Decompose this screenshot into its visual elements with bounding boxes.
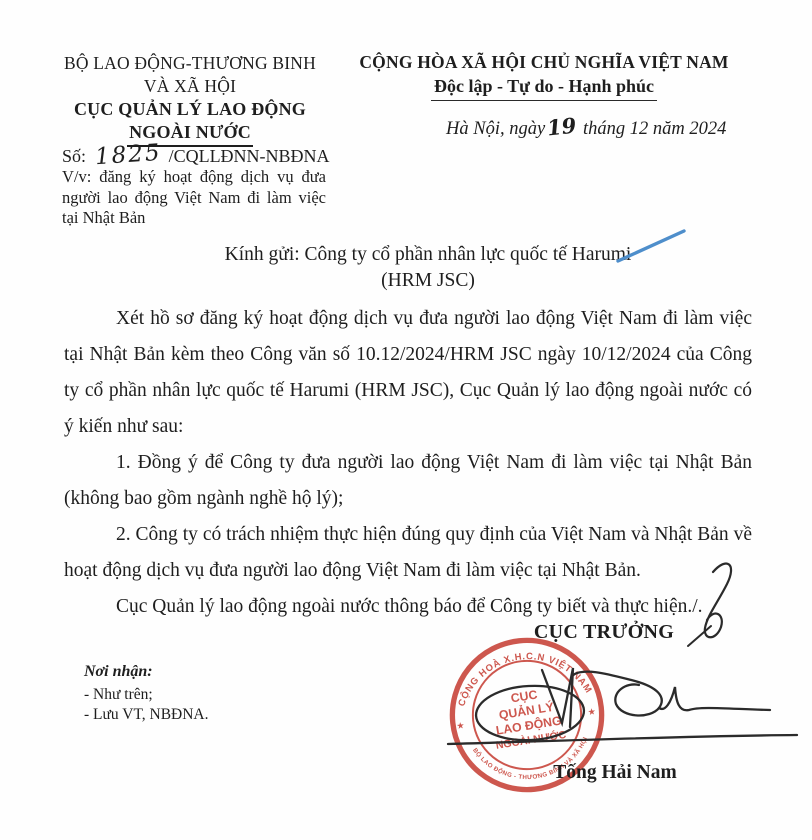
- national-motto-line2: Độc lập - Tự do - Hạnh phúc: [431, 76, 657, 101]
- national-header: CỘNG HÒA XÃ HỘI CHỦ NGHĨA VIỆT NAM Độc l…: [348, 52, 740, 101]
- salutation: Kính gửi: Công ty cổ phần nhân lực quốc …: [22, 242, 812, 294]
- paragraph-2: 1. Đồng ý để Công ty đưa người lao động …: [64, 445, 752, 517]
- salutation-line2: (HRM JSC): [22, 268, 812, 294]
- date-suffix: tháng 12 năm 2024: [583, 119, 726, 139]
- recipients-item1: - Như trên;: [84, 685, 209, 705]
- place-date-line: Hà Nội, ngày19 tháng 12 năm 2024: [446, 114, 726, 140]
- recipients-label: Nơi nhận:: [84, 662, 209, 682]
- subject-line: V/v: đăng ký hoạt động dịch vụ đưa người…: [62, 167, 326, 229]
- number-suffix: /CQLLĐNN-NBĐNA: [169, 146, 330, 166]
- salutation-line1: Kính gửi: Công ty cổ phần nhân lực quốc …: [22, 242, 812, 268]
- date-day-handwritten: 19: [546, 113, 578, 141]
- national-motto-line1: CỘNG HÒA XÃ HỘI CHỦ NGHĨA VIỆT NAM: [348, 52, 740, 73]
- official-letter-page: BỘ LAO ĐỘNG-THƯƠNG BINH VÀ XÃ HỘI CỤC QU…: [0, 0, 812, 840]
- date-prefix: Hà Nội, ngày: [446, 119, 545, 139]
- recipients-block: Nơi nhận: - Như trên; - Lưu VT, NBĐNA.: [84, 662, 209, 725]
- paragraph-3: 2. Công ty có trách nhiệm thực hiện đúng…: [64, 517, 752, 589]
- number-label: Số:: [62, 146, 86, 166]
- issuer-parent-line2: VÀ XÃ HỘI: [48, 75, 332, 98]
- recipients-item2: - Lưu VT, NBĐNA.: [84, 705, 209, 725]
- issuer-parent-line1: BỘ LAO ĐỘNG-THƯƠNG BINH: [48, 52, 332, 75]
- letter-body: Xét hồ sơ đăng ký hoạt động dịch vụ đưa …: [64, 301, 752, 625]
- pen-check-mark-icon: [612, 226, 692, 266]
- number-handwritten: 1825: [94, 140, 162, 171]
- issuer-header: BỘ LAO ĐỘNG-THƯƠNG BINH VÀ XÃ HỘI CỤC QU…: [48, 52, 332, 147]
- paragraph-1: Xét hồ sơ đăng ký hoạt động dịch vụ đưa …: [64, 301, 752, 445]
- document-number-line: Số: 1825 /CQLLĐNN-NBĐNA: [62, 142, 330, 168]
- issuer-dept-line1: CỤC QUẢN LÝ LAO ĐỘNG: [48, 98, 332, 121]
- signer-name: Tống Hải Nam: [500, 762, 730, 784]
